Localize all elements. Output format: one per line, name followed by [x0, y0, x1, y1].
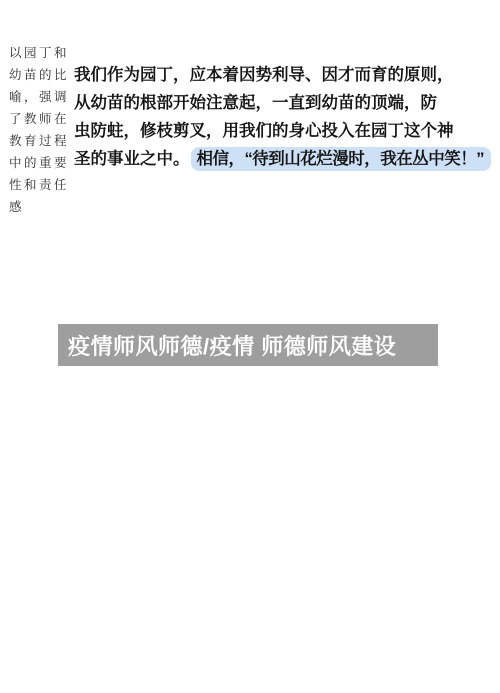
- margin-note-line: 感: [9, 196, 67, 218]
- highlighted-quote[interactable]: 相信，“待到山花烂漫时，我在丛中笑！”: [191, 147, 492, 171]
- margin-note-line: 以园丁和: [9, 42, 67, 64]
- handwritten-margin-note[interactable]: 以园丁和 幼苗的比 喻，强调 了教师在 教育过程 中的重要 性和责任 感: [9, 42, 67, 218]
- section-title: 疫情师风师德/疫情 师德师风建设: [68, 330, 396, 361]
- margin-note-line: 喻，强调: [9, 86, 67, 108]
- paragraph-line: 虫防蛀，修枝剪叉，用我们的身心投入在园丁这个神: [74, 117, 448, 145]
- paragraph-line: 我们作为园丁，应本着因势利导、因才而育的原则，: [74, 61, 448, 89]
- paragraph-line: 圣的事业之中。相信，“待到山花烂漫时，我在丛中笑！”: [74, 145, 448, 173]
- body-paragraph: 我们作为园丁，应本着因势利导、因才而育的原则， 从幼苗的根部开始注意起，一直到幼…: [74, 61, 448, 173]
- margin-note-line: 性和责任: [9, 174, 67, 196]
- document-page: 以园丁和 幼苗的比 喻，强调 了教师在 教育过程 中的重要 性和责任 感 我们作…: [0, 0, 500, 693]
- margin-note-line: 幼苗的比: [9, 64, 67, 86]
- paragraph-line-prefix: 圣的事业之中。: [74, 150, 190, 168]
- margin-note-line: 教育过程: [9, 130, 67, 152]
- margin-note-line: 了教师在: [9, 108, 67, 130]
- paragraph-line: 从幼苗的根部开始注意起，一直到幼苗的顶端，防: [74, 89, 448, 117]
- section-title-bar: 疫情师风师德/疫情 师德师风建设: [58, 324, 438, 366]
- margin-note-line: 中的重要: [9, 152, 67, 174]
